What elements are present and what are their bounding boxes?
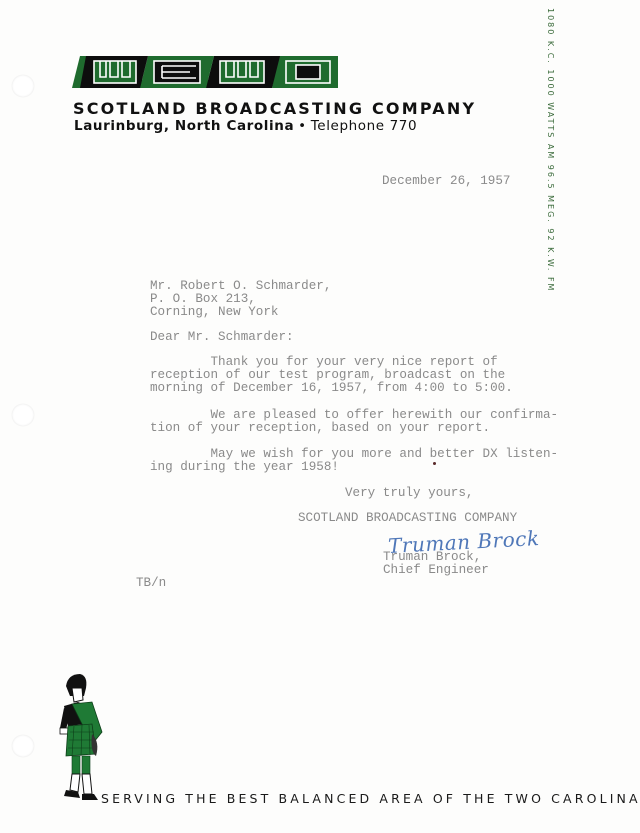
typist-initials: TB/n [136, 577, 166, 590]
station-logo [72, 56, 338, 88]
recipient-address: Mr. Robert O. Schmarder,P. O. Box 213,Co… [150, 280, 331, 319]
salutation: Dear Mr. Schmarder: [150, 331, 294, 344]
company-address: Laurinburg, North Carolina•Telephone 770 [74, 118, 417, 134]
wewo-logo-icon [72, 56, 338, 88]
signature-company: SCOTLAND BROADCASTING COMPANY [298, 512, 517, 525]
letter-date: December 26, 1957 [382, 175, 510, 188]
company-name: SCOTLAND BROADCASTING COMPANY [73, 99, 476, 118]
signer-title: Chief Engineer [383, 564, 489, 577]
signer-block: Truman Brock,Chief Engineer [383, 551, 489, 577]
footer-tagline: SERVING THE BEST BALANCED AREA OF THE TW… [101, 791, 640, 806]
body-paragraph: Thank you for your very nice report of r… [150, 356, 513, 395]
body-paragraph: We are pleased to offer herewith our con… [150, 409, 558, 435]
body-paragraph: May we wish for you more and better DX l… [150, 448, 558, 474]
station-frequency-info: 1080 K.C. 1000 WATTS AM 96.5 MEG. 92 K.W… [546, 8, 555, 292]
punch-hole [12, 75, 34, 97]
company-city: Laurinburg, North Carolina [74, 118, 294, 134]
ink-dot [433, 462, 436, 465]
separator-dot: • [298, 118, 307, 134]
punch-hole [12, 735, 34, 757]
letter-page: SCOTLAND BROADCASTING COMPANY Laurinburg… [0, 0, 640, 833]
scottish-piper-icon [58, 672, 104, 804]
recipient-line: Corning, New York [150, 306, 331, 319]
punch-hole [12, 404, 34, 426]
company-telephone: Telephone 770 [311, 118, 417, 134]
closing: Very truly yours, [345, 487, 473, 500]
